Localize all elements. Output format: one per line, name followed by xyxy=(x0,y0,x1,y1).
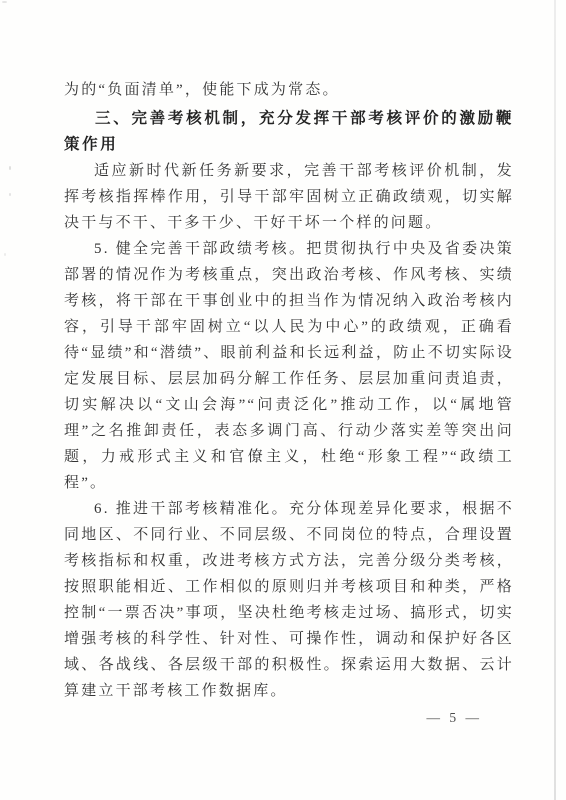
scan-speck xyxy=(2,1,7,3)
paragraph-continuation: 为的“负面清单”，使能下成为常态。 xyxy=(64,77,514,103)
section-heading: 三、完善考核机制，充分发挥干部考核评价的激励鞭策作用 xyxy=(64,106,514,158)
page-number: — 5 — xyxy=(427,710,483,726)
document-body: 为的“负面清单”，使能下成为常态。 三、完善考核机制，充分发挥干部考核评价的激励… xyxy=(64,77,514,704)
paragraph-intro: 适应新时代新任务新要求，完善干部考核评价机制，发挥考核指挥棒作用，引导干部牢固树… xyxy=(64,158,514,236)
scanned-document-page: 为的“负面清单”，使能下成为常态。 三、完善考核机制，充分发挥干部考核评价的激励… xyxy=(0,0,566,800)
scan-edge-shadow xyxy=(554,0,556,800)
scan-speck xyxy=(4,253,6,256)
scan-speck xyxy=(9,193,11,196)
paragraph-item-5: 5. 健全完善干部政绩考核。把贯彻执行中央及省委决策部署的情况作为考核重点，突出… xyxy=(64,236,514,496)
paragraph-item-6: 6. 推进干部考核精准化。充分体现差异化要求，根据不同地区、不同行业、不同层级、… xyxy=(64,496,514,704)
scan-speck xyxy=(9,166,11,170)
